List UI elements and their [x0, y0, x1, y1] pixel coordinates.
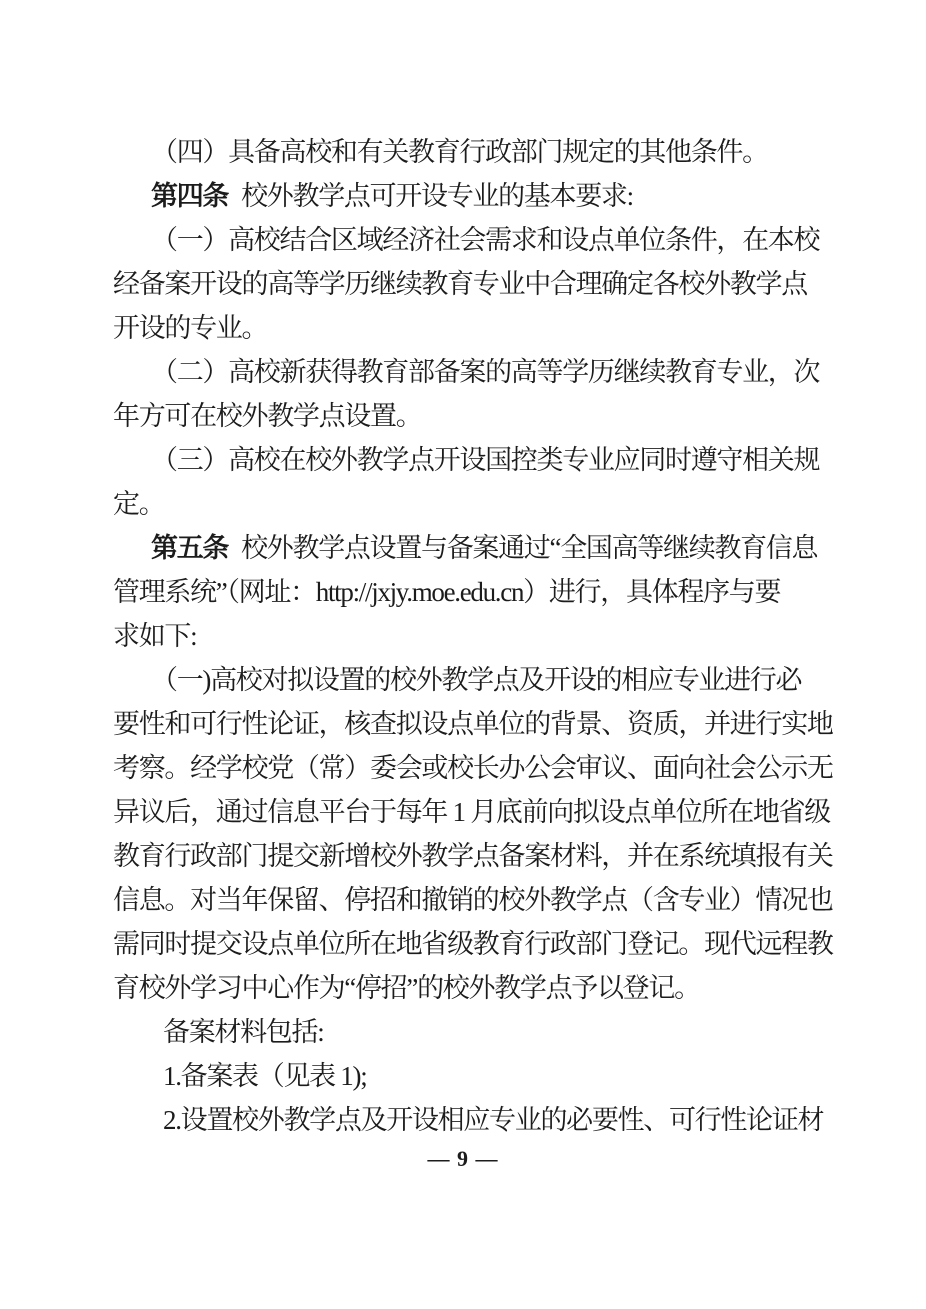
text-run: （二）高校新获得教育部备案的高等学历继续教育专业，次 [151, 357, 819, 387]
document-line: 年方可在校外教学点设置。 [113, 394, 813, 438]
document-line: 考察。经学校党（常）委会或校长办公会审议、面向社会公示无 [113, 746, 813, 790]
document-line: 异议后，通过信息平台于每年 1 月底前向拟设点单位所在地省级 [113, 790, 813, 834]
document-line: （三）高校在校外教学点开设国控类专业应同时遵守相关规 [113, 438, 813, 482]
document-line: 2.设置校外教学点及开设相应专业的必要性、可行性论证材 [113, 1098, 813, 1142]
text-run: 育校外学习中心作为“停招”的校外教学点予以登记。 [113, 973, 700, 1003]
document-line: 教育行政部门提交新增校外教学点备案材料，并在系统填报有关 [113, 834, 813, 878]
document-line: 开设的专业。 [113, 306, 813, 350]
document-line: 备案材料包括: [113, 1010, 813, 1054]
document-line: 经备案开设的高等学历继续教育专业中合理确定各校外教学点 [113, 262, 813, 306]
text-run: 年方可在校外教学点设置。 [113, 401, 421, 431]
text-run: 校外教学点可开设专业的基本要求: [241, 181, 633, 211]
text-run: 定。 [113, 489, 164, 519]
document-line: 育校外学习中心作为“停招”的校外教学点予以登记。 [113, 966, 813, 1010]
text-run: 信息。对当年保留、停招和撤销的校外教学点（含专业）情况也 [113, 885, 833, 915]
document-line: 信息。对当年保留、停招和撤销的校外教学点（含专业）情况也 [113, 878, 813, 922]
text-run: 教育行政部门提交新增校外教学点备案材料，并在系统填报有关 [113, 841, 833, 871]
text-run: 1.备案表（见表 1); [163, 1061, 366, 1091]
document-line: 1.备案表（见表 1); [113, 1054, 813, 1098]
document-line: 要性和可行性论证，核查拟设点单位的背景、资质，并进行实地 [113, 702, 813, 746]
text-run: 校外教学点设置与备案通过“全国高等继续教育信息 [241, 533, 817, 563]
document-page: { "page": { "background": "#ffffff", "te… [0, 0, 926, 1309]
document-line: 第五条校外教学点设置与备案通过“全国高等继续教育信息 [113, 526, 813, 570]
document-line: （二）高校新获得教育部备案的高等学历继续教育专业，次 [113, 350, 813, 394]
document-line: （一)高校对拟设置的校外教学点及开设的相应专业进行必 [113, 658, 813, 702]
text-run: 2.设置校外教学点及开设相应专业的必要性、可行性论证材 [163, 1105, 823, 1135]
document-line: 管理系统”（网址：http://jxjy.moe.edu.cn）进行，具体程序与… [113, 570, 813, 614]
article-heading-run: 第四条 [151, 181, 228, 211]
text-run: 管理系统”（网址：http://jxjy.moe.edu.cn）进行，具体程序与… [113, 577, 780, 607]
document-line: （一）高校结合区域经济社会需求和设点单位条件，在本校 [113, 218, 813, 262]
document-line: 求如下: [113, 614, 813, 658]
document-line: 需同时提交设点单位所在地省级教育行政部门登记。现代远程教 [113, 922, 813, 966]
text-run: 考察。经学校党（常）委会或校长办公会审议、面向社会公示无 [113, 753, 833, 783]
text-run: （一）高校结合区域经济社会需求和设点单位条件，在本校 [151, 225, 819, 255]
document-line: （四）具备高校和有关教育行政部门规定的其他条件。 [113, 130, 813, 174]
text-run: 备案材料包括: [163, 1017, 323, 1047]
page-number: — 9 — [113, 1146, 813, 1172]
text-run: （四）具备高校和有关教育行政部门规定的其他条件。 [151, 137, 768, 167]
text-run: 开设的专业。 [113, 313, 267, 343]
document-line: 第四条校外教学点可开设专业的基本要求: [113, 174, 813, 218]
text-run: 经备案开设的高等学历继续教育专业中合理确定各校外教学点 [113, 269, 807, 299]
text-run: 需同时提交设点单位所在地省级教育行政部门登记。现代远程教 [113, 929, 833, 959]
text-run: （三）高校在校外教学点开设国控类专业应同时遵守相关规 [151, 445, 819, 475]
text-column: （四）具备高校和有关教育行政部门规定的其他条件。 第四条校外教学点可开设专业的基… [113, 130, 813, 1142]
text-run: 要性和可行性论证，核查拟设点单位的背景、资质，并进行实地 [113, 709, 833, 739]
document-line: 定。 [113, 482, 813, 526]
text-run: 求如下: [113, 621, 196, 651]
text-run: 异议后，通过信息平台于每年 1 月底前向拟设点单位所在地省级 [113, 797, 830, 827]
text-run: （一)高校对拟设置的校外教学点及开设的相应专业进行必 [151, 665, 801, 695]
article-heading-run: 第五条 [151, 533, 228, 563]
